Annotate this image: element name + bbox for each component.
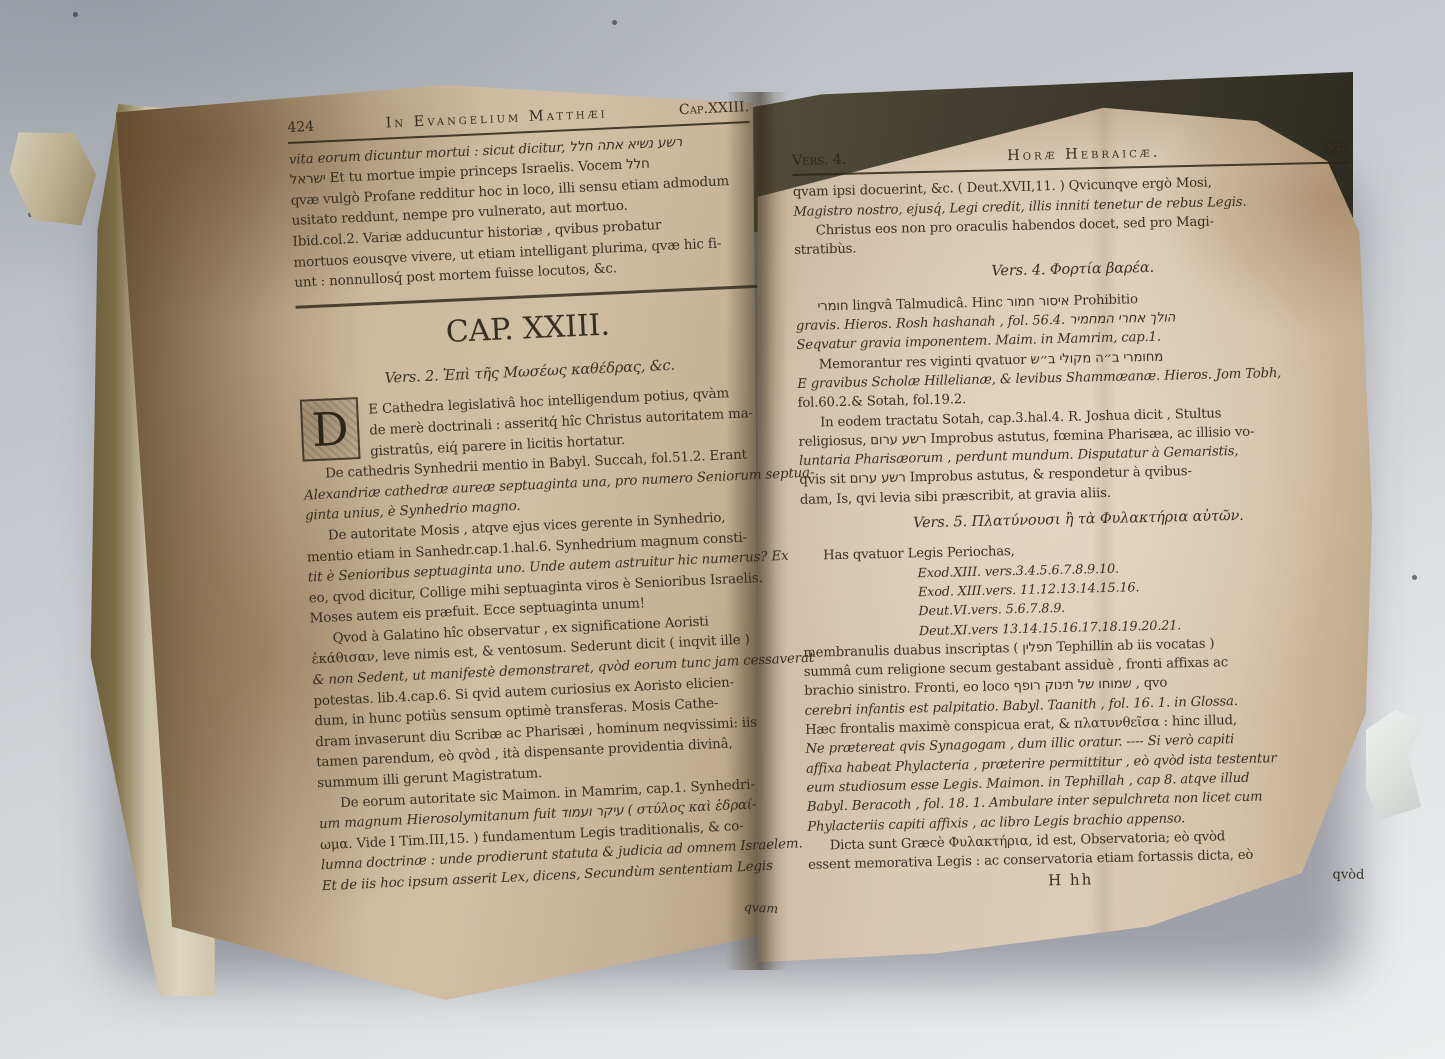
photo-of-antique-book: 424 In Evangelium Matthæi Cap.XXIII. vit…: [0, 0, 1445, 1059]
left-page-number: 424: [287, 117, 315, 139]
text-line: Vers. 5. Πλατύνουσι ἢ τὰ Φυλακτήρια αὐτῶ…: [800, 504, 1356, 536]
left-page-blocks: vita eorum dicuntur mortui : sicut dicit…: [288, 130, 783, 898]
right-page-text: Vers. 4. Horæ Hebraicæ. 425 qvam ipsi do…: [792, 139, 1365, 897]
text-line: CAP. XXIII.: [296, 301, 759, 358]
left-page-text: 424 In Evangelium Matthæi Cap.XXIII. vit…: [287, 97, 785, 916]
paper-scrap-right: [1366, 710, 1424, 820]
verse-4-heading: Vers. 4. Φορτία βαρέα.: [795, 255, 1351, 287]
text-line: Vers. 4. Φορτία βαρέα.: [795, 255, 1351, 287]
chapter-heading: CAP. XXIII.: [296, 301, 759, 358]
ornate-initial-D: D: [300, 397, 361, 462]
mortui-paragraph: ישראל Et tu mortue impie princeps Israel…: [289, 150, 756, 294]
right-running-title: Horæ Hebraicæ.: [1007, 144, 1161, 167]
dust-speck: [612, 20, 617, 25]
dust-speck: [1412, 575, 1417, 580]
right-verse-label: Vers. 4.: [792, 151, 846, 172]
right-page-number: 425: [1321, 139, 1348, 159]
verse-5-heading: Vers. 5. Πλατύνουσι ἢ τὰ Φυλακτήρια αὐτῶ…: [800, 504, 1356, 536]
periochas-list: Exod.XIII. vers.3.4.5.6.7.8.9.10.Exod. X…: [801, 554, 1359, 644]
right-page-blocks: qvam ipsi docuerint, &c. ( Deut.XVII,11.…: [793, 171, 1365, 876]
dust-speck: [73, 12, 78, 17]
binding-scrap-top-left: [2, 118, 106, 237]
left-chapter-label: Cap.XXIII.: [679, 97, 750, 121]
frontalis-quote: Ne prætereat qvis Synagogam , dum illic …: [805, 728, 1363, 837]
right-catchword: qvòd: [1333, 866, 1365, 886]
